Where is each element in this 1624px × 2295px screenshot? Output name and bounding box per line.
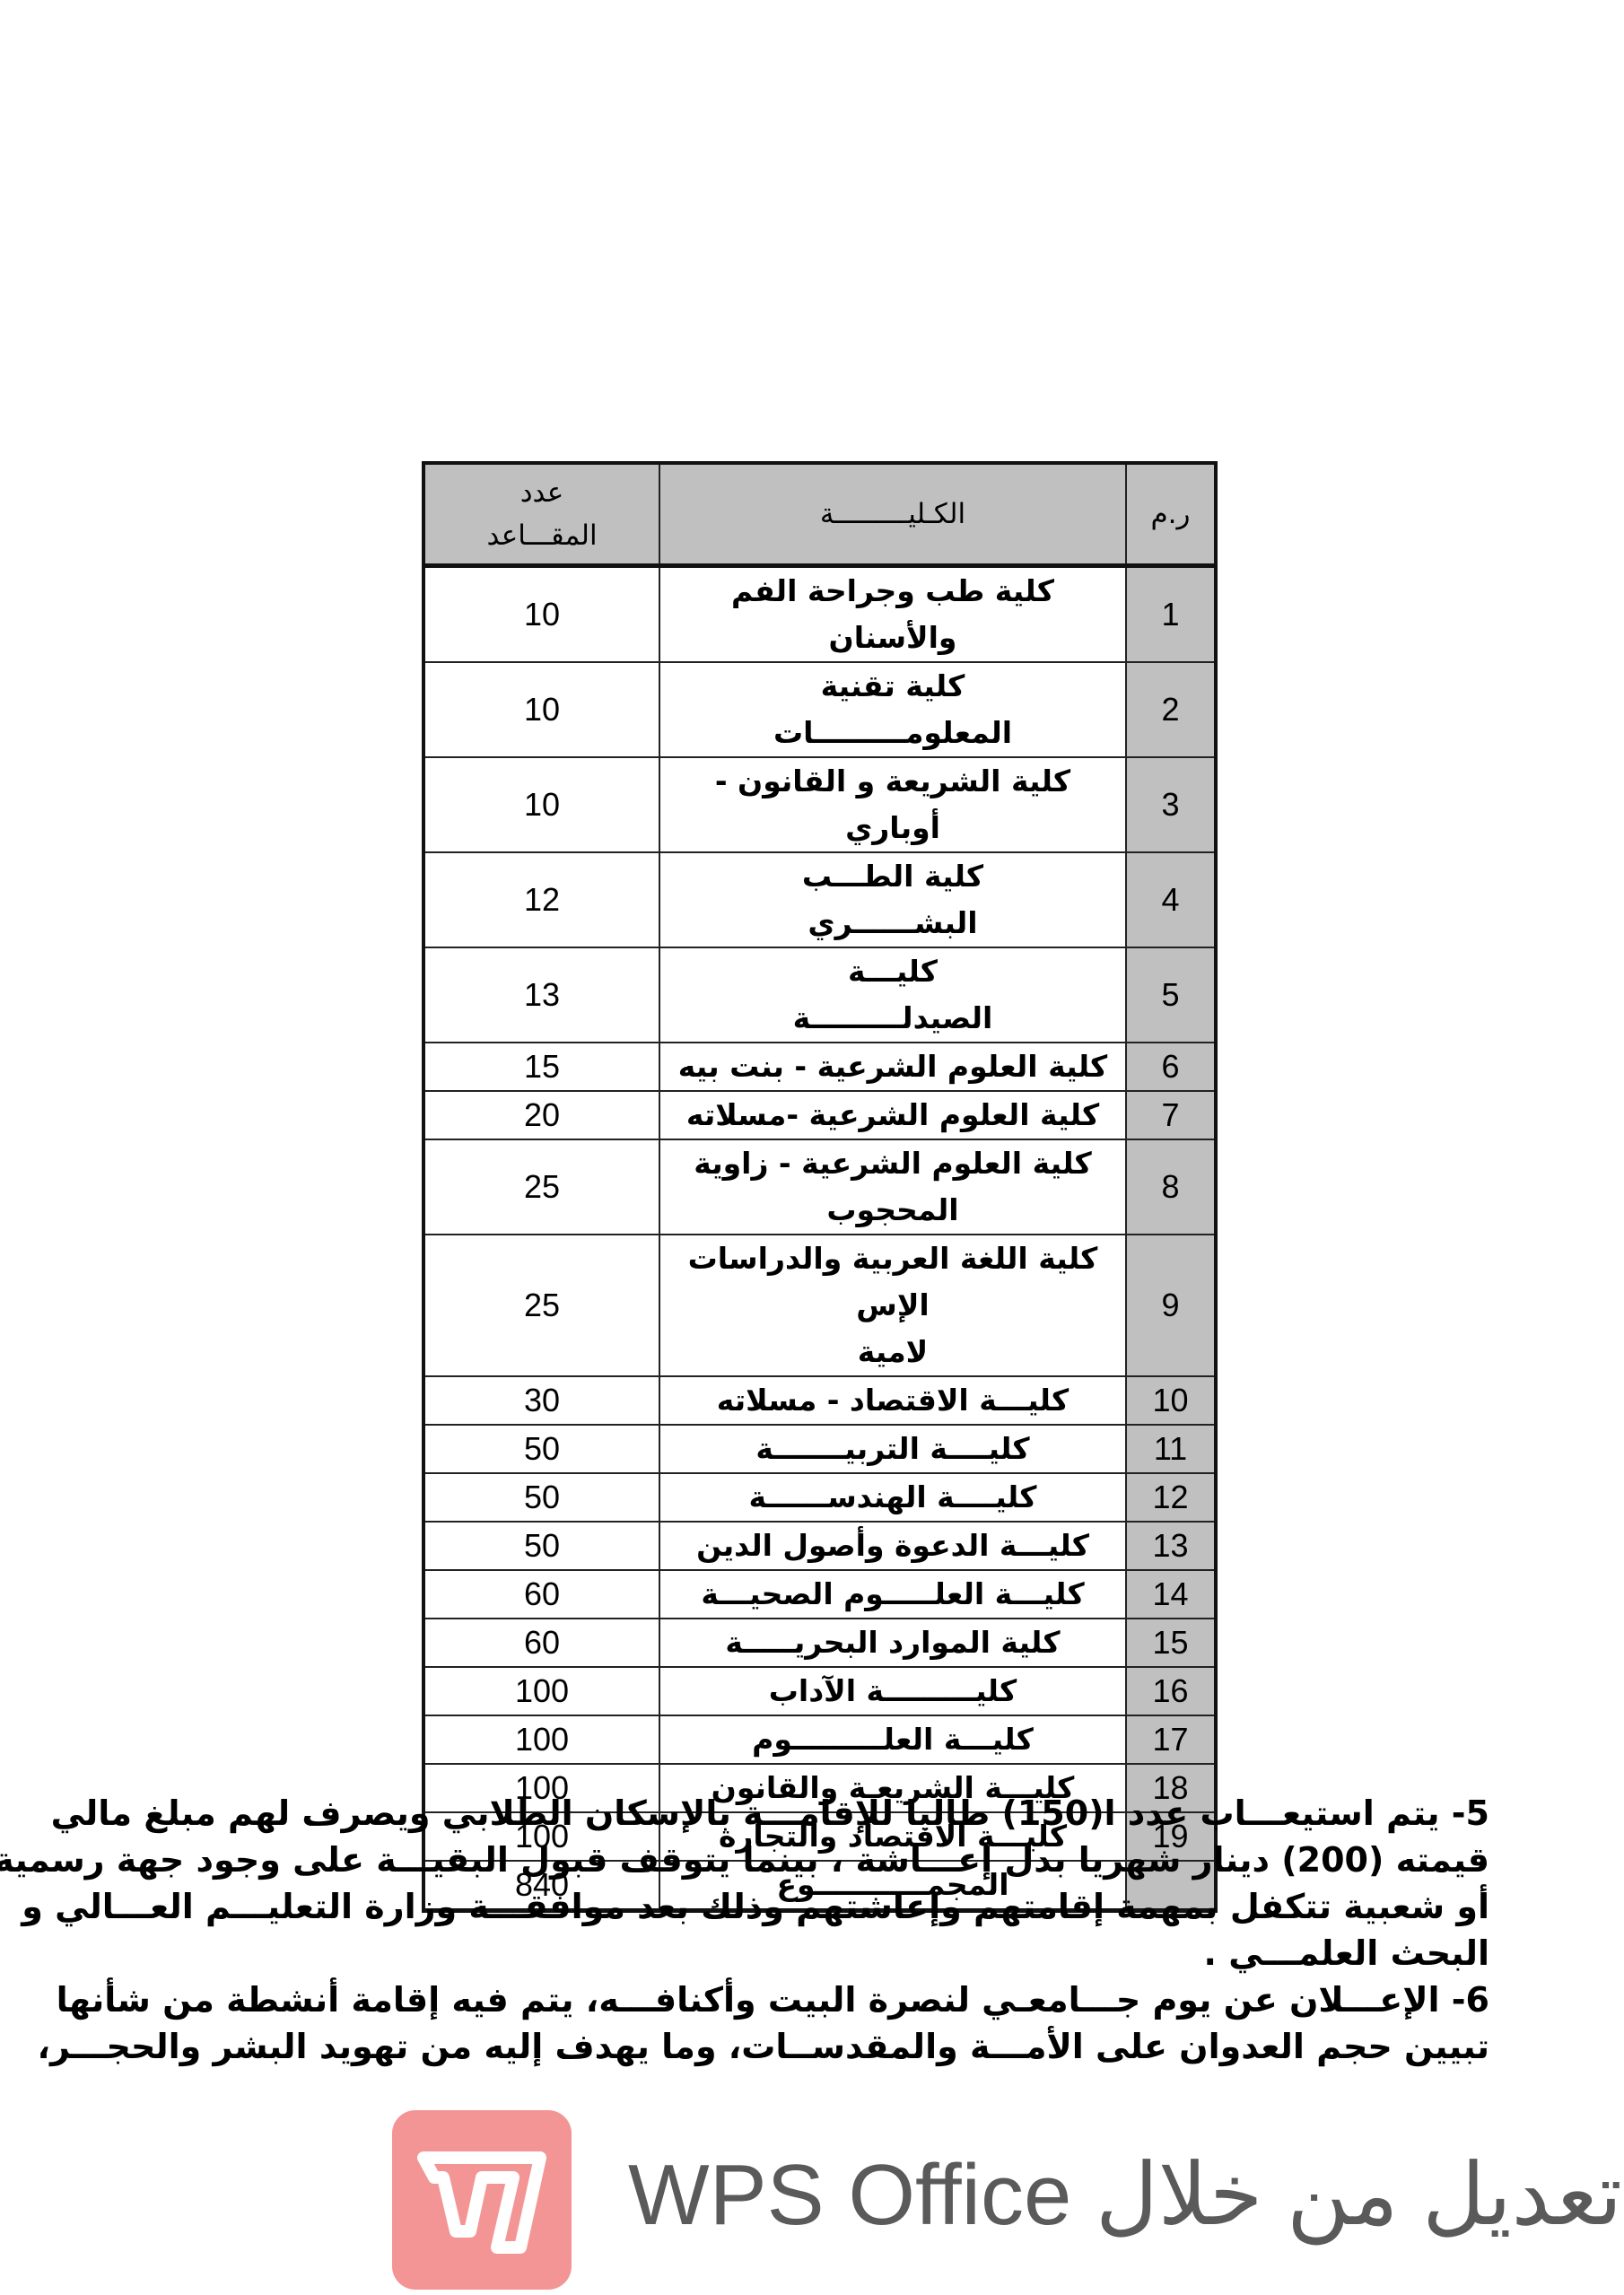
rank-cell: 3 — [1126, 757, 1216, 852]
seats-cell: 13 — [423, 947, 659, 1043]
table-row: 13كليـــةالصيدلـــــــــة5 — [423, 947, 1216, 1043]
table-row: 50كليــــة التربيـــــــة11 — [423, 1425, 1216, 1473]
seats-cell: 10 — [423, 662, 659, 757]
college-name-cell: كلية الطـــبالبشــــــري — [659, 852, 1126, 947]
rank-cell: 8 — [1126, 1139, 1216, 1235]
college-name-line: كليـــــــــة الآداب — [669, 1668, 1116, 1715]
college-name-line: لامية — [669, 1329, 1116, 1375]
seats-cell: 10 — [423, 757, 659, 852]
seats-cell: 20 — [423, 1091, 659, 1139]
table-row: 60كلية الموارد البحريـــــة15 — [423, 1619, 1216, 1667]
paragraph-line: أو شعبية تتكفل بمهمة إقامتهم وإعاشتهم وذ… — [144, 1883, 1489, 1930]
college-name-line: كلية الموارد البحريـــــة — [669, 1619, 1116, 1666]
college-name-line: كلية الشريعة و القانون - أوباري — [669, 758, 1116, 851]
college-name-line: كلية تقنية — [669, 663, 1116, 710]
college-name-cell: كلية الموارد البحريـــــة — [659, 1619, 1126, 1667]
paragraph-item-6: 6- الإعـــلان عن يوم جـــامعـي لنصرة الب… — [144, 1976, 1489, 2070]
table-header-row: عدد المقـــاعد الكـليـــــــــة ر.م — [423, 463, 1216, 566]
paragraph-line: البحث العلمـــي . — [144, 1930, 1489, 1976]
college-name-cell: كليـــة الدعوة وأصول الدين — [659, 1522, 1126, 1570]
college-name-line: المحجوب — [669, 1187, 1116, 1234]
college-name-line: كليـــة العلـــــوم الصحيـــة — [669, 1571, 1116, 1618]
table-row: 50كليـــة الدعوة وأصول الدين13 — [423, 1522, 1216, 1570]
college-name-line: كلية العلوم الشرعية - بنت بيه — [669, 1043, 1116, 1090]
seats-cell: 10 — [423, 566, 659, 663]
college-name-line: كليـــة الاقتصاد - مسلاته — [669, 1377, 1116, 1424]
college-name-line: كلية العلوم الشرعية -مسلاته — [669, 1092, 1116, 1139]
rank-cell: 9 — [1126, 1235, 1216, 1376]
table-row: 12كلية الطـــبالبشــــــري4 — [423, 852, 1216, 947]
table-row: 15كلية العلوم الشرعية - بنت بيه6 — [423, 1043, 1216, 1091]
header-seats-line2: المقـــاعد — [425, 514, 659, 557]
seats-cell: 100 — [423, 1715, 659, 1764]
college-name-line: كلية طب وجراحة الفم والأسنان — [669, 568, 1116, 661]
college-name-line: البشــــــري — [669, 900, 1116, 947]
seats-cell: 25 — [423, 1235, 659, 1376]
header-rank: ر.م — [1126, 463, 1216, 566]
seats-cell: 60 — [423, 1619, 659, 1667]
table-row: 50كليــــة الهندســــــة12 — [423, 1473, 1216, 1522]
table-row: 20كلية العلوم الشرعية -مسلاته7 — [423, 1091, 1216, 1139]
paragraph-line: 6- الإعـــلان عن يوم جـــامعـي لنصرة الب… — [144, 1976, 1489, 2023]
paragraph-line: قيمته (200) دينار شهريا بدل إعـــاشة ، ب… — [144, 1837, 1489, 1883]
rank-cell: 10 — [1126, 1376, 1216, 1425]
rank-cell: 2 — [1126, 662, 1216, 757]
rank-cell: 13 — [1126, 1522, 1216, 1570]
college-name-line: الصيدلـــــــــة — [669, 995, 1116, 1042]
table-row: 10كلية الشريعة و القانون - أوباري3 — [423, 757, 1216, 852]
college-name-cell: كلية طب وجراحة الفم والأسنان — [659, 566, 1126, 663]
rank-cell: 12 — [1126, 1473, 1216, 1522]
college-name-line: كلية اللغة العربية والدراسات الإس — [669, 1235, 1116, 1329]
table-row: 25كلية اللغة العربية والدراسات الإسلامية… — [423, 1235, 1216, 1376]
college-name-line: كليـــة الدعوة وأصول الدين — [669, 1523, 1116, 1569]
college-name-cell: كلية العلوم الشرعية -مسلاته — [659, 1091, 1126, 1139]
college-name-cell: كلية اللغة العربية والدراسات الإسلامية — [659, 1235, 1126, 1376]
header-seats-line1: عدد — [425, 471, 659, 514]
seats-cell: 100 — [423, 1667, 659, 1715]
college-name-line: كلية الطـــب — [669, 853, 1116, 900]
watermark-text: تعديل من خلال WPS Office — [628, 2144, 1622, 2245]
table-row: 10كلية طب وجراحة الفم والأسنان1 — [423, 566, 1216, 663]
paragraph-item-5: 5- يتم استيعـــاب عدد ا(150) طالبا للإقا… — [144, 1790, 1489, 1976]
rank-cell: 16 — [1126, 1667, 1216, 1715]
seats-cell: 50 — [423, 1425, 659, 1473]
table-row: 30كليـــة الاقتصاد - مسلاته10 — [423, 1376, 1216, 1425]
paragraph-line: 5- يتم استيعـــاب عدد ا(150) طالبا للإقا… — [144, 1790, 1489, 1837]
table-row: 100كليـــــــــة الآداب16 — [423, 1667, 1216, 1715]
college-name-cell: كليـــــــــة الآداب — [659, 1667, 1126, 1715]
rank-cell: 15 — [1126, 1619, 1216, 1667]
header-seats: عدد المقـــاعد — [423, 463, 659, 566]
wps-logo-icon — [392, 2110, 572, 2290]
college-name-line: كليــــة الهندســــــة — [669, 1474, 1116, 1521]
college-name-line: المعلومـــــــــات — [669, 710, 1116, 756]
college-name-cell: كلية العلوم الشرعية - زاويةالمحجوب — [659, 1139, 1126, 1235]
rank-cell: 11 — [1126, 1425, 1216, 1473]
seats-cell: 60 — [423, 1570, 659, 1619]
seats-cell: 50 — [423, 1522, 659, 1570]
college-name-line: كليـــة — [669, 948, 1116, 995]
seats-cell: 25 — [423, 1139, 659, 1235]
wps-w-glyph-icon — [415, 2142, 549, 2258]
table-row: 100كليـــة العلـــــــــوم17 — [423, 1715, 1216, 1764]
college-name-cell: كلية الشريعة و القانون - أوباري — [659, 757, 1126, 852]
rank-cell: 1 — [1126, 566, 1216, 663]
colleges-seats-table: عدد المقـــاعد الكـليـــــــــة ر.م 10كل… — [422, 461, 1218, 1913]
college-name-cell: كليــــة التربيـــــــة — [659, 1425, 1126, 1473]
college-name-cell: كليـــةالصيدلـــــــــة — [659, 947, 1126, 1043]
document-page: عدد المقـــاعد الكـليـــــــــة ر.م 10كل… — [0, 0, 1624, 2295]
table-row: 60كليـــة العلـــــوم الصحيـــة14 — [423, 1570, 1216, 1619]
table-row: 10كلية تقنيةالمعلومـــــــــات2 — [423, 662, 1216, 757]
seats-cell: 50 — [423, 1473, 659, 1522]
rank-cell: 6 — [1126, 1043, 1216, 1091]
seats-cell: 30 — [423, 1376, 659, 1425]
college-name-cell: كلية تقنيةالمعلومـــــــــات — [659, 662, 1126, 757]
rank-cell: 5 — [1126, 947, 1216, 1043]
paragraph-line: تبيين حجم العدوان على الأمـــة والمقدســ… — [144, 2023, 1489, 2070]
seats-cell: 15 — [423, 1043, 659, 1091]
college-name-line: كليـــة العلـــــــــوم — [669, 1716, 1116, 1763]
college-name-line: كلية العلوم الشرعية - زاوية — [669, 1140, 1116, 1187]
header-college: الكـليـــــــــة — [659, 463, 1126, 566]
table-row: 25كلية العلوم الشرعية - زاويةالمحجوب8 — [423, 1139, 1216, 1235]
seats-cell: 12 — [423, 852, 659, 947]
college-name-cell: كليــــة الهندســــــة — [659, 1473, 1126, 1522]
rank-cell: 7 — [1126, 1091, 1216, 1139]
college-name-cell: كليـــة العلـــــوم الصحيـــة — [659, 1570, 1126, 1619]
college-name-line: كليــــة التربيـــــــة — [669, 1426, 1116, 1472]
rank-cell: 4 — [1126, 852, 1216, 947]
college-name-cell: كليـــة العلـــــــــوم — [659, 1715, 1126, 1764]
college-name-cell: كليـــة الاقتصاد - مسلاته — [659, 1376, 1126, 1425]
rank-cell: 14 — [1126, 1570, 1216, 1619]
rank-cell: 17 — [1126, 1715, 1216, 1764]
college-name-cell: كلية العلوم الشرعية - بنت بيه — [659, 1043, 1126, 1091]
